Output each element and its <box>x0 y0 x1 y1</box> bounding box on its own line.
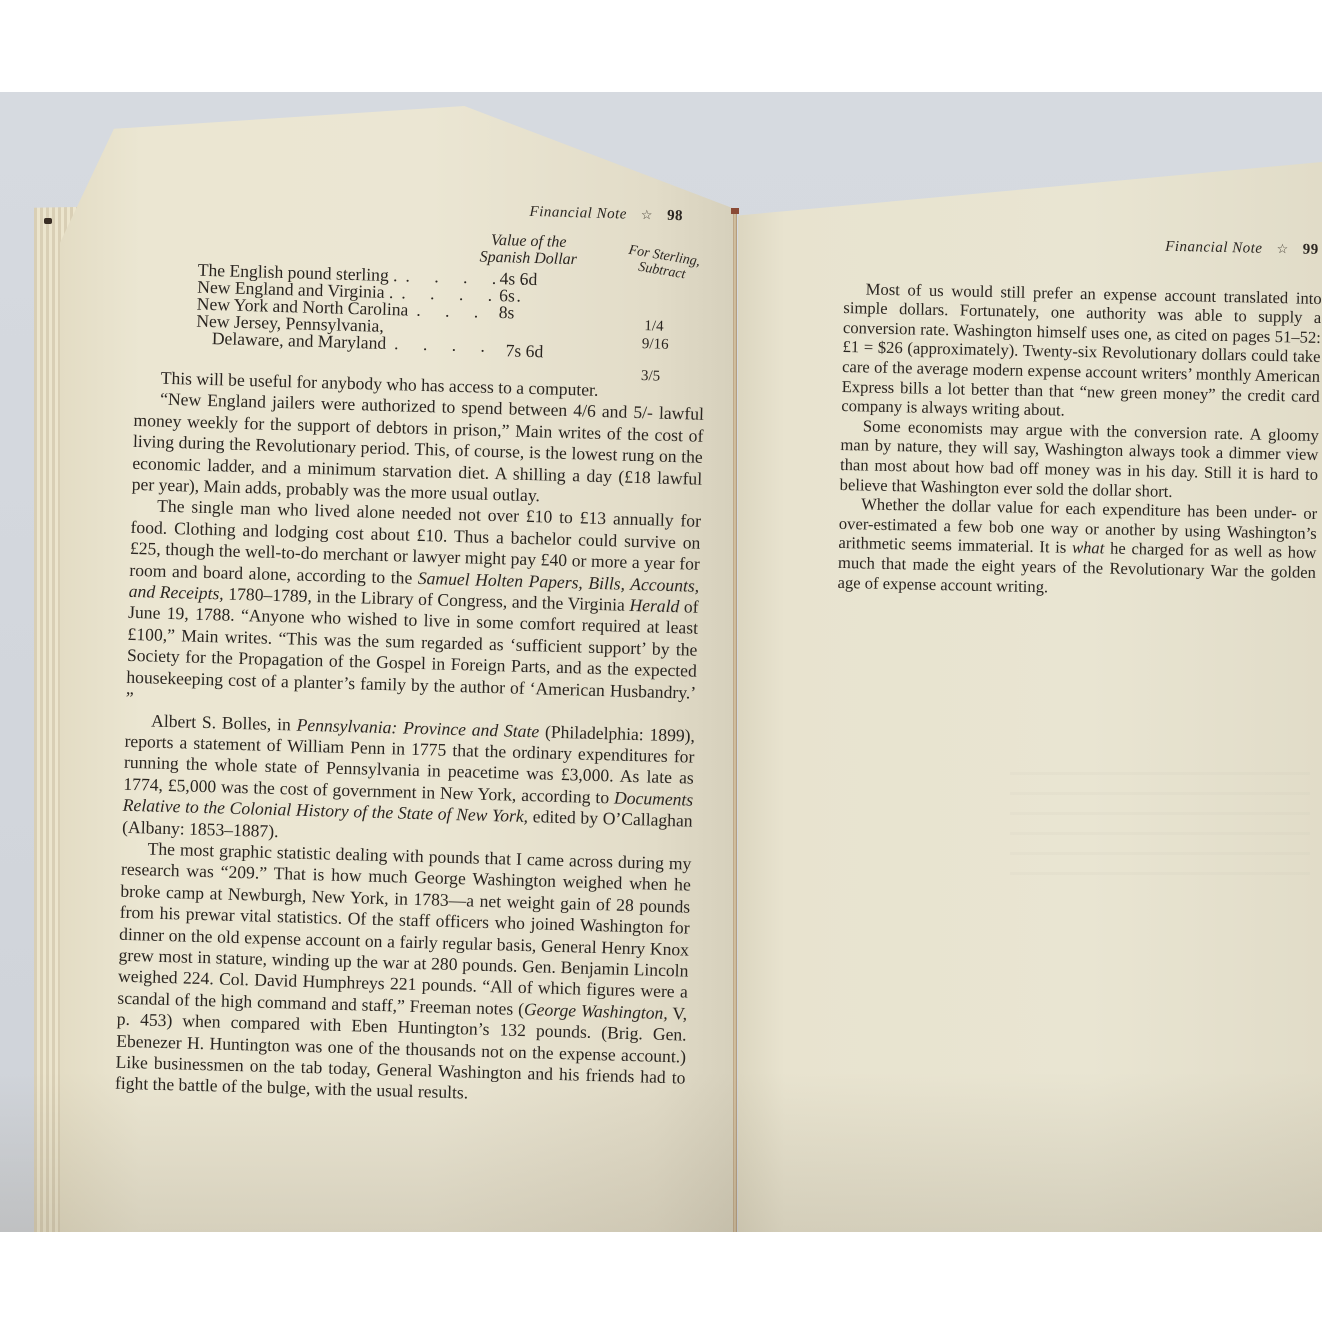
paragraph: Most of us would still prefer an expense… <box>841 279 1322 426</box>
page-number: 98 <box>667 208 683 224</box>
value-cell: 8s <box>498 302 514 324</box>
headband <box>731 208 739 214</box>
region-cell: Delaware, and Maryland <box>212 328 387 353</box>
paragraph: Whether the dollar value for each expend… <box>837 494 1317 602</box>
leader-dots: . . . <box>416 300 489 322</box>
show-through-text <box>1010 772 1310 892</box>
star-ornament-icon: ☆ <box>641 207 654 222</box>
table-row: Delaware, and Maryland. . . . <box>212 328 496 357</box>
paragraph: Some economists may argue with the conve… <box>839 416 1319 504</box>
running-head-title: Financial Note <box>1165 239 1263 257</box>
paragraph: Albert S. Bolles, in Pennsylvania: Provi… <box>122 709 695 853</box>
subtract-cell: 3/5 <box>641 366 661 388</box>
paragraph: The single man who lived alone needed no… <box>125 495 701 725</box>
currency-table: Value of the Spanish Dollar For Sterling… <box>134 230 708 411</box>
paragraph: The most graphic statistic dealing with … <box>115 838 692 1111</box>
text-run: Albert S. Bolles, in <box>151 710 291 734</box>
page-number: 99 <box>1303 242 1319 258</box>
emphasis: what <box>1072 538 1105 558</box>
subtract-cell: 9/16 <box>642 334 669 356</box>
right-page-content: Financial Note☆99 Most of us would still… <box>837 230 1322 602</box>
text-run: The most graphic statistic dealing with … <box>117 838 692 1018</box>
left-page-content: Financial Note☆98 Value of the Spanish D… <box>115 190 710 1110</box>
text-run: according to the <box>296 564 418 587</box>
value-cell: 7s 6d <box>505 340 543 362</box>
book-gutter <box>733 209 737 1232</box>
running-head-title: Financial Note <box>529 204 627 223</box>
leader-dots: . . . . <box>394 333 495 356</box>
text-run: H. Huntington was one of the thousands n… <box>115 1032 687 1103</box>
star-ornament-icon: ☆ <box>1276 241 1288 256</box>
book-title: George Washington, <box>524 999 668 1023</box>
newspaper-title: Herald <box>629 595 679 616</box>
header-line: Spanish Dollar <box>468 248 588 268</box>
column-header-value: Value of the Spanish Dollar <box>468 231 589 268</box>
running-head-left: Financial Note☆98 <box>529 201 683 228</box>
binding-mark <box>44 218 52 224</box>
column-header-subtract: For Sterling, Subtract <box>616 241 710 286</box>
